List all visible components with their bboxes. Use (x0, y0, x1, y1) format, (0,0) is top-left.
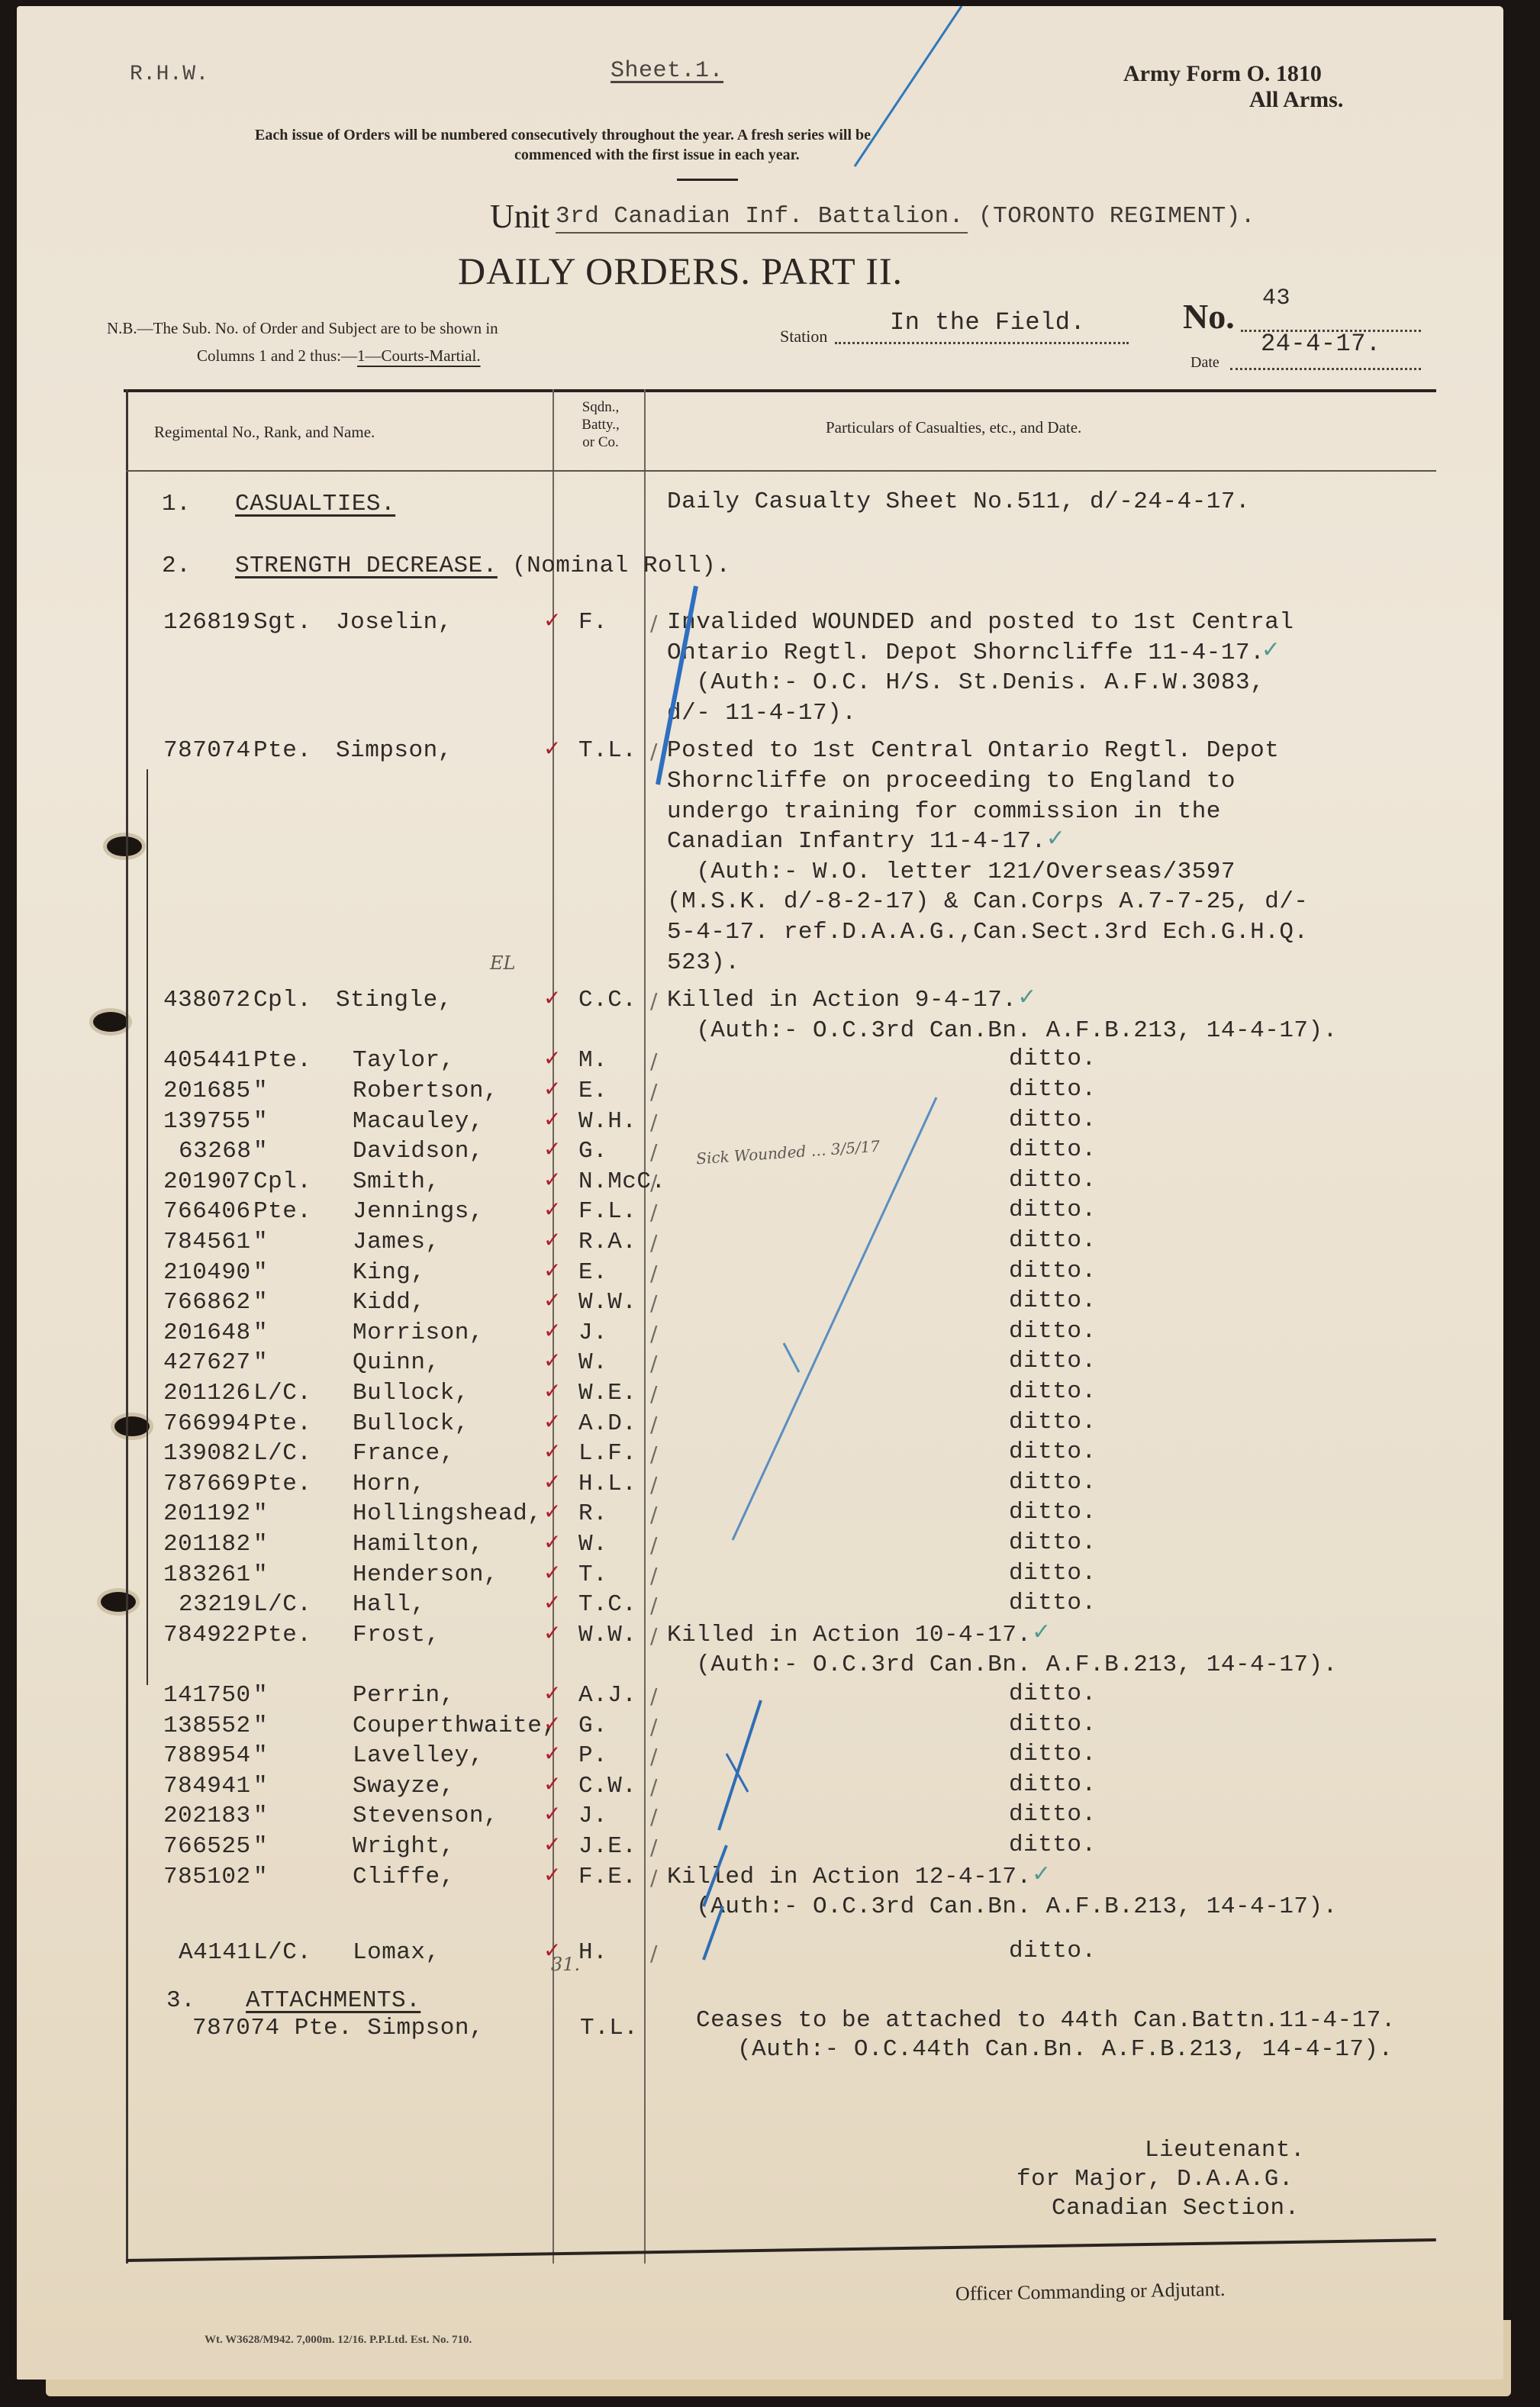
blue-pencil-strokes (17, 6, 1503, 2380)
document-sheet: R.H.W. Sheet.1. Army Form O. 1810 All Ar… (17, 6, 1503, 2380)
